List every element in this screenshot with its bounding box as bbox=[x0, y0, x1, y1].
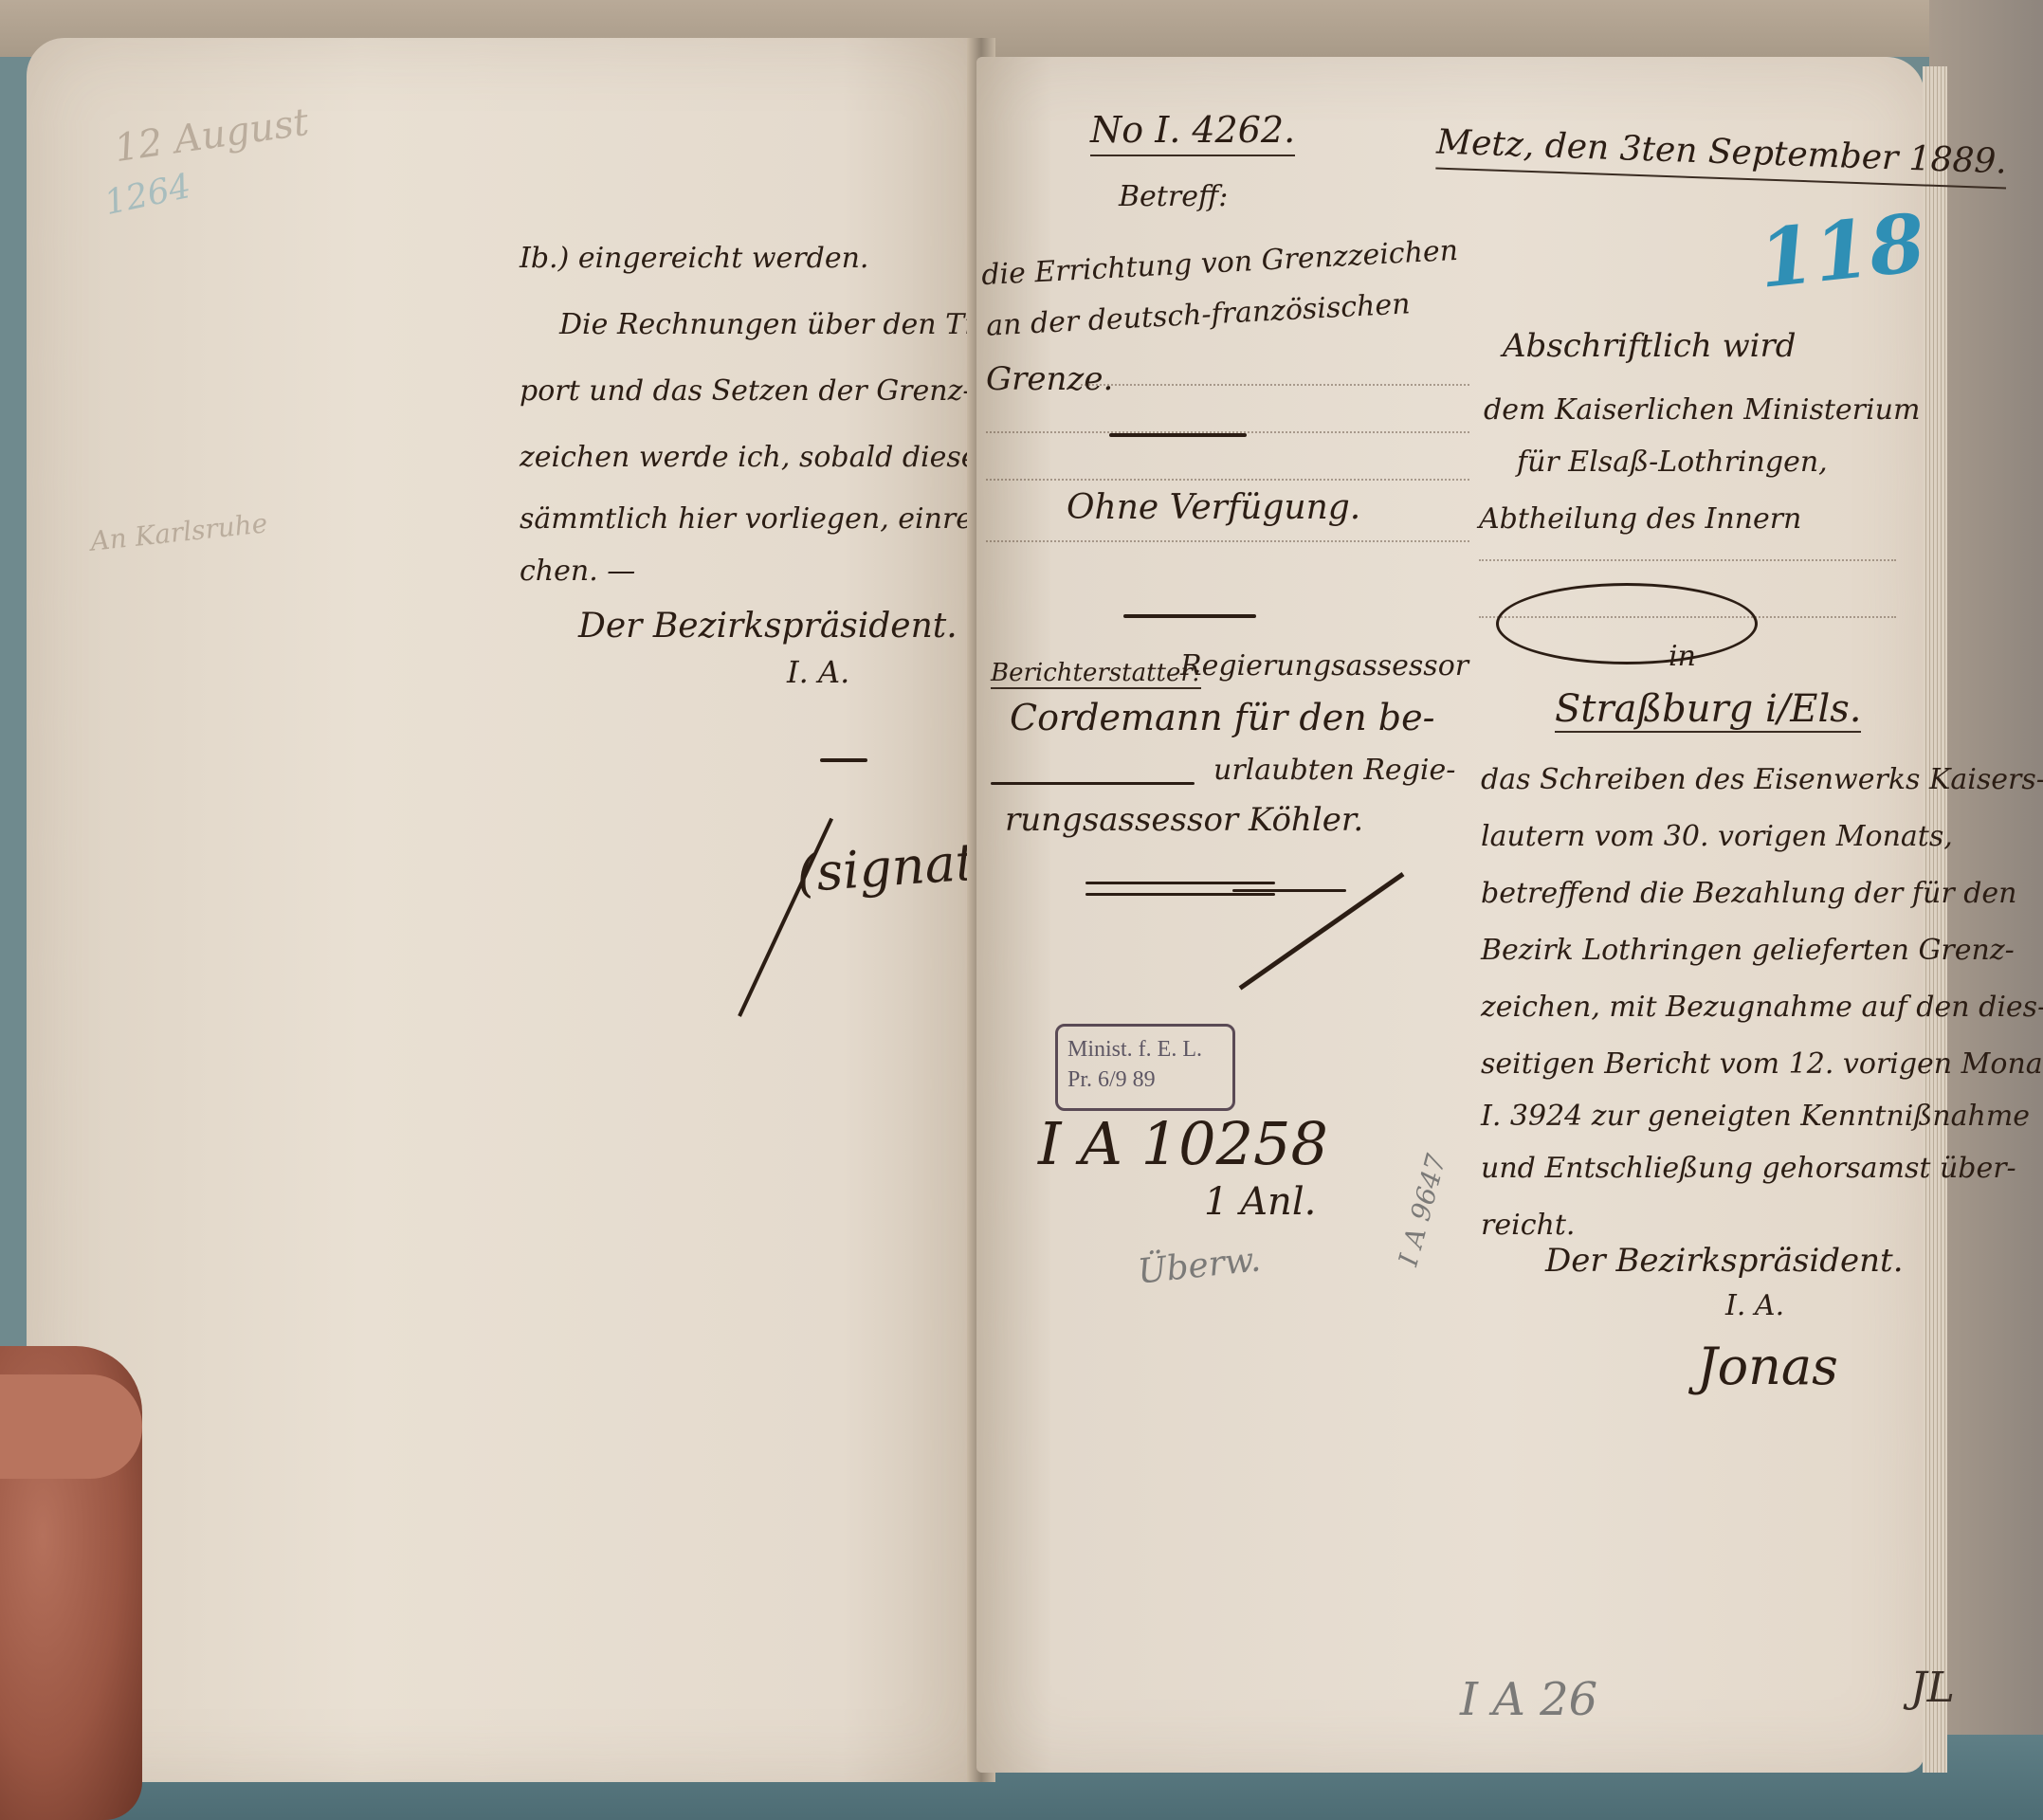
address-line-4: Abtheilung des Innern bbox=[1479, 502, 1801, 536]
subject-line-3: Grenze. bbox=[986, 360, 1113, 398]
letter-line-1: das Schreiben des Eisenwerks Kaisers- bbox=[1481, 763, 2043, 796]
letter-line-3: betreffend die Bezahlung der für den bbox=[1481, 877, 2016, 910]
page-edges bbox=[1923, 66, 1947, 1773]
dotted-rule bbox=[986, 479, 1469, 481]
dotted-rule bbox=[986, 540, 1469, 542]
address-line-3: für Elsaß-Lothringen, bbox=[1517, 446, 1828, 479]
open-archive-volume: 12 August 1264 An Karlsruhe Ib.) eingere… bbox=[0, 0, 2043, 1820]
registry-sub: 1 Anl. bbox=[1204, 1180, 1316, 1224]
letter-line-6: seitigen Bericht vom 12. vorigen Monats bbox=[1481, 1047, 2043, 1081]
strikethrough-word bbox=[991, 782, 1195, 785]
reporter-line-3: urlaubten Regie- bbox=[1213, 754, 1455, 787]
dotted-rule bbox=[1479, 559, 1896, 561]
dotted-rule bbox=[1081, 384, 1469, 386]
address-city: Straßburg i/Els. bbox=[1555, 687, 1861, 733]
flourish-loop bbox=[1496, 583, 1758, 664]
left-closing-abbrev: I. A. bbox=[787, 654, 849, 690]
reporter-label: Berichterstatter: bbox=[991, 659, 1201, 689]
ministry-receipt-stamp: Minist. f. E. L. Pr. 6/9 89 bbox=[1055, 1024, 1235, 1111]
reporter-line-1: Regierungsassessor bbox=[1180, 649, 1468, 682]
right-signature: Jonas bbox=[1697, 1337, 1838, 1396]
closing-double-rule bbox=[1085, 882, 1275, 884]
right-closing-abbrev: I. A. bbox=[1725, 1289, 1784, 1322]
reference-number: No I. 4262. bbox=[1090, 109, 1295, 156]
section-divider bbox=[1109, 433, 1247, 437]
left-page bbox=[27, 38, 986, 1782]
letter-line-8: und Entschließung gehorsamst über- bbox=[1481, 1152, 2016, 1185]
letter-line-2: lautern vom 30. vorigen Monats, bbox=[1481, 820, 1953, 853]
address-in: in bbox=[1669, 640, 1696, 673]
letter-line-5: zeichen, mit Bezugnahme auf den dies- bbox=[1481, 991, 2043, 1024]
left-dash-rule bbox=[820, 758, 867, 762]
closing-double-rule bbox=[1085, 893, 1275, 896]
left-closing-title: Der Bezirkspräsident. bbox=[578, 607, 958, 646]
no-order-note: Ohne Verfügung. bbox=[1067, 488, 1360, 527]
closing-rule-tail bbox=[1232, 889, 1346, 892]
left-body-line-4: zeichen werde ich, sobald dieselben bbox=[520, 441, 1040, 474]
reporter-line-4: rungsassessor Köhler. bbox=[1005, 801, 1363, 839]
address-line-2: dem Kaiserlichen Ministerium bbox=[1484, 393, 1920, 427]
left-body-line-3: port und das Setzen der Grenz- bbox=[520, 374, 973, 408]
reader-finger bbox=[0, 1374, 142, 1479]
blue-folio-number: 118 bbox=[1754, 195, 1929, 306]
bottom-right-initials: JL bbox=[1910, 1664, 1955, 1712]
left-body-line-6: chen. — bbox=[520, 555, 635, 588]
stamp-line-1: Minist. f. E. L. bbox=[1067, 1034, 1223, 1065]
left-body-line-1: Ib.) eingereicht werden. bbox=[520, 242, 868, 275]
subject-label: Betreff: bbox=[1119, 180, 1228, 213]
section-divider bbox=[1123, 614, 1256, 618]
letter-line-9: reicht. bbox=[1481, 1209, 1575, 1242]
left-body-line-2: Die Rechnungen über den Trans- bbox=[559, 308, 1037, 341]
letter-line-7: I. 3924 zur geneigten Kenntnißnahme bbox=[1481, 1100, 2030, 1133]
address-line-1: Abschriftlich wird bbox=[1503, 327, 1797, 365]
right-closing-title: Der Bezirkspräsident. bbox=[1545, 1242, 1904, 1280]
stamp-line-2: Pr. 6/9 89 bbox=[1067, 1065, 1223, 1095]
registry-number: I A 10258 bbox=[1038, 1109, 1328, 1178]
letter-line-4: Bezirk Lothringen gelieferten Grenz- bbox=[1481, 934, 2015, 967]
bottom-pencil-note: I A 26 bbox=[1460, 1673, 1597, 1726]
reporter-line-2: Cordemann für den be- bbox=[1010, 697, 1434, 738]
left-body-line-5: sämmtlich hier vorliegen, einrei- bbox=[520, 502, 992, 536]
